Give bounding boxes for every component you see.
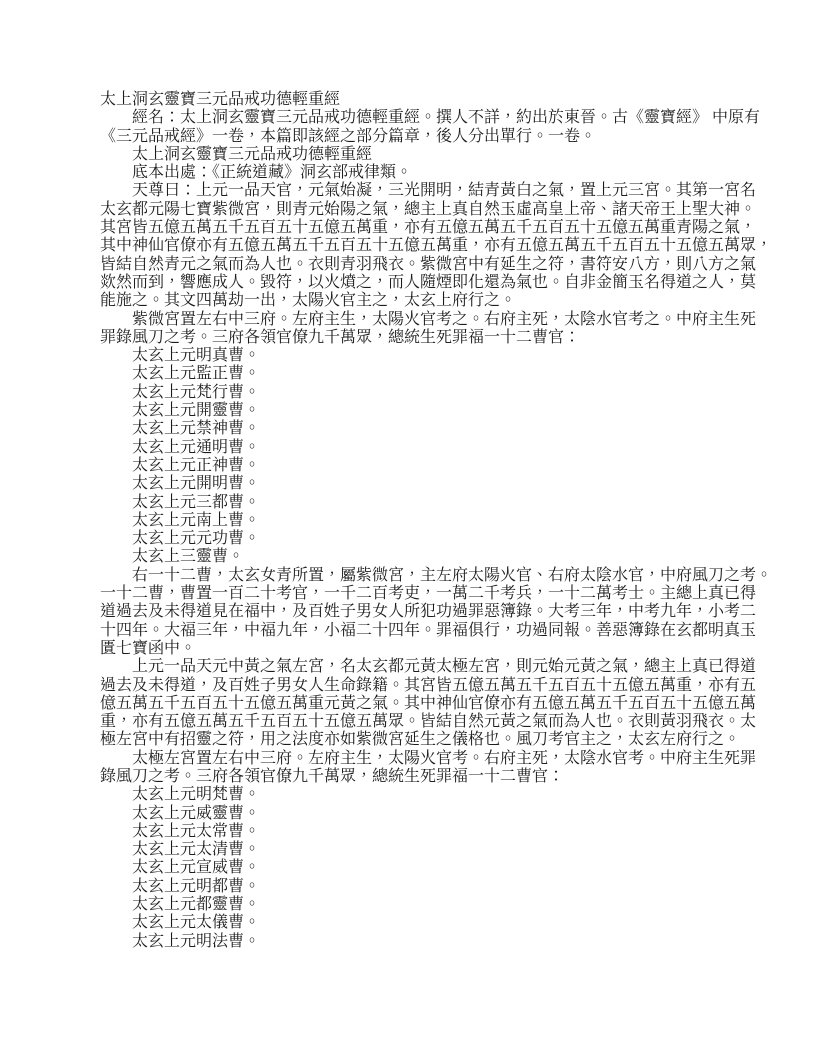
text-line: 紫微宮置左右中三府。左府主生，太陽火官考之。右府主死，太陰水官考之。中府主生死: [100, 311, 722, 329]
text-line: 太玄上元南上曹。: [100, 512, 722, 530]
text-line: 錄風刀之考。三府各領官僚九千萬眾，總統生死罪福一十二曹官：: [100, 768, 722, 786]
text-line: 太玄上元開靈曹。: [100, 402, 722, 420]
text-line: 太玄上元明真曹。: [100, 347, 722, 365]
document-page: 太上洞玄靈寶三元品戒功德輕重經經名：太上洞玄靈寶三元品戒功德輕重經。撰人不詳，約…: [0, 0, 816, 1056]
text-line: 太玄上元太清曹。: [100, 841, 722, 859]
text-line: 匱七寶函中。: [100, 640, 722, 658]
text-line: 天尊曰：上元一品天官，元氣始凝，三光開明，結青黃白之氣，置上元三宮。其第一宮名: [100, 182, 722, 200]
text-line: 億五萬五千五百五十五億五萬重元黃之氣。其中神仙官僚亦有五億五萬五千五百五十五億五…: [100, 695, 722, 713]
text-line: 太玄上元元功曹。: [100, 530, 722, 548]
text-line: 底本出處：《正統道藏》洞玄部戒律類。: [100, 164, 722, 182]
text-line: 太玄上元宣威曹。: [100, 859, 722, 877]
text-line: 太玄上元監正曹。: [100, 365, 722, 383]
text-line: 欻然而到，響應成人。毀符，以火燌之，而人隨煙即化還為氣也。自非金簡玉名得道之人，…: [100, 274, 722, 292]
text-line: 經名：太上洞玄靈寶三元品戒功德輕重經。撰人不詳，約出於東晉。古《靈寶經》 中原有: [100, 109, 722, 127]
text-line: 太玄上元威靈曹。: [100, 805, 722, 823]
text-line: 太玄上元正神曹。: [100, 457, 722, 475]
text-line: 能施之。其文四萬劫一出，太陽火官主之，太玄上府行之。: [100, 292, 722, 310]
text-line: 皆結自然青元之氣而為人也。衣則青羽飛衣。紫微宮中有延生之符，書符安八方，則八方之…: [100, 256, 722, 274]
text-line: 十四年。大福三年，中福九年，小福二十四年。罪福俱行，功過同報。善惡簿錄在玄都明真…: [100, 622, 722, 640]
text-line: 太上洞玄靈寶三元品戒功德輕重經: [100, 91, 722, 109]
text-line: 太玄上元三都曹。: [100, 494, 722, 512]
text-line: 太玄都元陽七寶紫微宮，則青元始陽之氣，總主上真自然玉虛高皇上帝、諸天帝王上聖大神…: [100, 201, 722, 219]
text-line: 太玄上元禁神曹。: [100, 420, 722, 438]
text-line: 太玄上元明都曹。: [100, 878, 722, 896]
text-line: 太玄上元開明曹。: [100, 475, 722, 493]
text-line: 道過去及未得道見在福中，及百姓子男女人所犯功過罪惡簿錄。大考三年，中考九年，小考…: [100, 603, 722, 621]
text-line: 太玄上元明法曹。: [100, 933, 722, 951]
text-line: 罪錄風刀之考。三府各領官僚九千萬眾，總統生死罪福一十二曹官：: [100, 329, 722, 347]
text-line: 過去及未得道，及百姓子男女人生命錄籍。其宮皆五億五萬五千五百五十五億五萬重，亦有…: [100, 677, 722, 695]
text-line: 一十二曹，曹置一百二十考官，一千二百考吏，一萬二千考兵，一十二萬考士。主總上真已…: [100, 585, 722, 603]
text-line: 極左宮中有招靈之符，用之法度亦如紫微宮延生之儀格也。風刀考官主之，太玄左府行之。: [100, 731, 722, 749]
text-line: 太玄上元都靈曹。: [100, 896, 722, 914]
text-line: 太上洞玄靈寶三元品戒功德輕重經: [100, 146, 722, 164]
text-line: 太玄上元梵行曹。: [100, 384, 722, 402]
text-line: 太玄上三靈曹。: [100, 548, 722, 566]
text-line: 重，亦有五億五萬五千五百五十五億五萬眾。皆結自然元黃之氣而為人也。衣則黃羽飛衣。…: [100, 713, 722, 731]
text-line: 右一十二曹，太玄女青所置，屬紫微宮，主左府太陽火官、右府太陰水官，中府風刀之考。: [100, 567, 722, 585]
text-line: 太玄上元明梵曹。: [100, 786, 722, 804]
text-line: 上元一品天元中黃之氣左宮，名太玄都元黃太極左宮，則元始元黃之氣，總主上真已得道: [100, 658, 722, 676]
text-line: 其中神仙官僚亦有五億五萬五千五百五十五億五萬重，亦有五億五萬五千五百五十五億五萬…: [100, 237, 722, 255]
document-body: 太上洞玄靈寶三元品戒功德輕重經經名：太上洞玄靈寶三元品戒功德輕重經。撰人不詳，約…: [100, 91, 722, 951]
text-line: 太玄上元通明曹。: [100, 439, 722, 457]
text-line: 太玄上元太儀曹。: [100, 914, 722, 932]
text-line: 太玄上元太常曹。: [100, 823, 722, 841]
text-line: 其宮皆五億五萬五千五百五十五億五萬重，亦有五億五萬五千五百五十五億五萬重青陽之氣…: [100, 219, 722, 237]
text-line: 太極左宮置左右中三府。左府主生，太陽火官考。右府主死，太陰水官考。中府主生死罪: [100, 750, 722, 768]
text-line: 《三元品戒經》一卷，本篇即該經之部分篇章，後人分出單行。一卷。: [100, 128, 722, 146]
